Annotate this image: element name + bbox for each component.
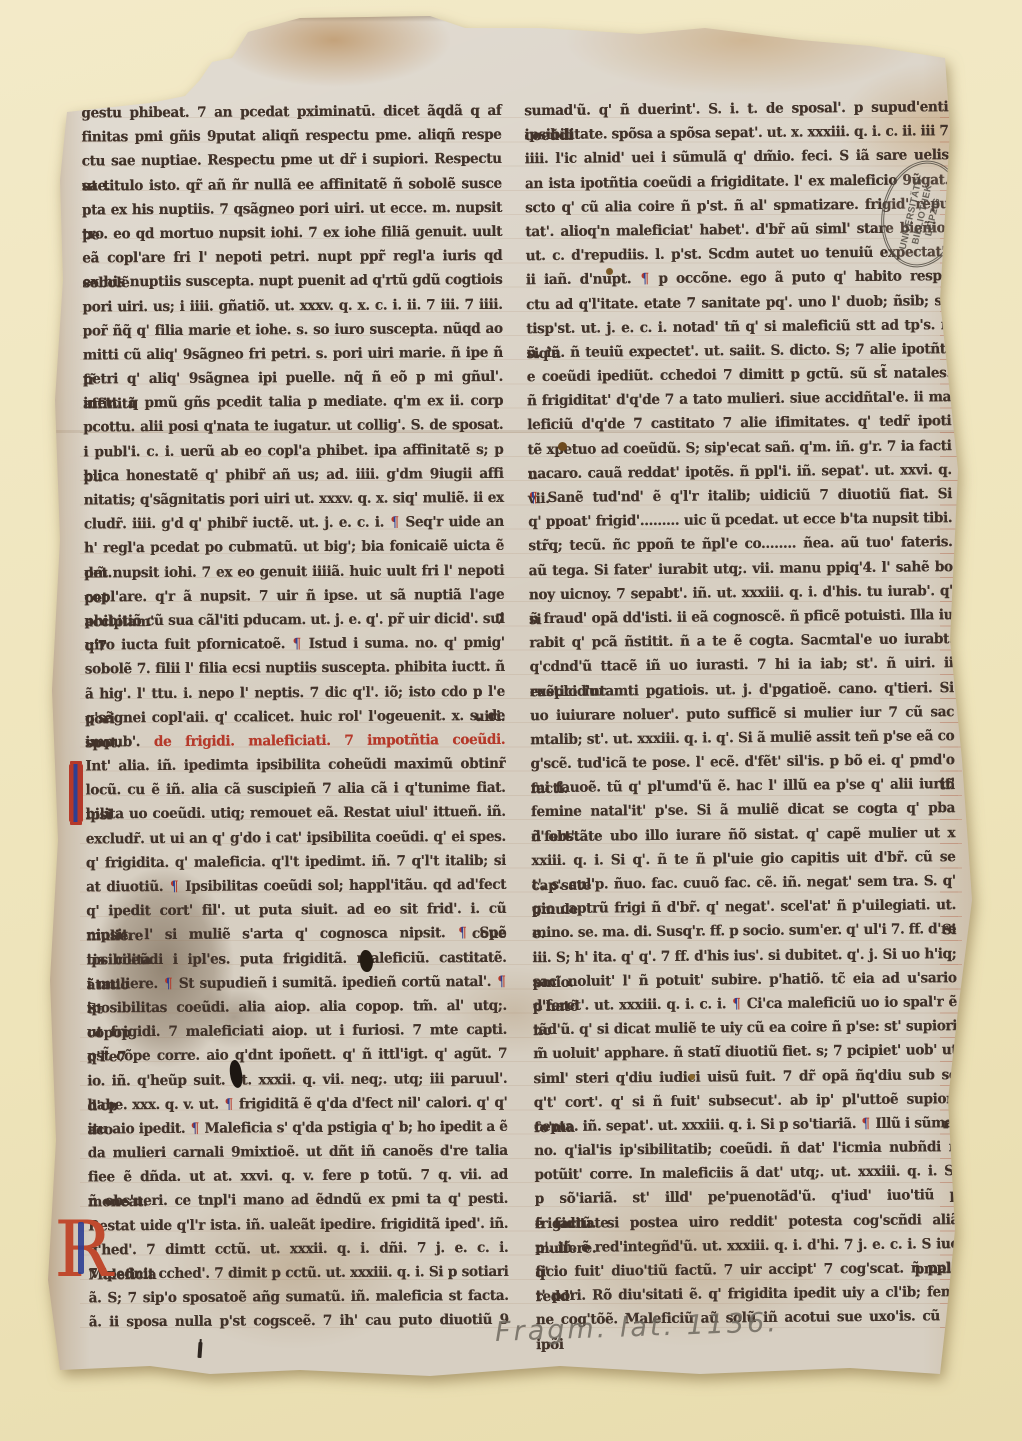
manuscript-line: pori uiri. us; i iiii. gñatiõ. ut. xxxv.… bbox=[82, 292, 502, 320]
manuscript-line: q' frigidita. q' maleficia. q'l't ipedim… bbox=[86, 848, 506, 876]
paragraph-mark: ¶ bbox=[169, 878, 179, 895]
manuscript-line: h' regl'a pcedat po cubmatũ. ut big'; bi… bbox=[84, 534, 504, 562]
manuscript-line: sobolẽ 7. filii l' filia ecsi nuptiis su… bbox=[85, 655, 505, 683]
manuscript-line: ut titulo isto. qr̃ añ ñr nullã ee affin… bbox=[82, 171, 502, 199]
manuscript-line: ctu sae nuptiae. Respectu pme ut dr̃ i s… bbox=[82, 147, 502, 175]
paragraph-mark: ¶ bbox=[292, 636, 302, 653]
manuscript-line: i publ'i. c. i. uerũ ab eo copl'a phibet… bbox=[83, 437, 503, 465]
manuscript-line: ex his nuptiis suscepta. nupt puenit ad … bbox=[82, 268, 502, 296]
manuscript-line: habe. xxx. q. v. ut. ¶ frigiditã ẽ q'da … bbox=[87, 1090, 507, 1118]
illuminated-initial-i bbox=[69, 764, 83, 822]
manuscript-line: dm̃ nupsit iohi. 7 ex eo genuit iiiiã. h… bbox=[84, 558, 504, 586]
manuscript-line: por̃ ñq̃ q' filia marie et iohe. s. so i… bbox=[83, 316, 503, 344]
manuscript-line: ñ obs'ueri. ce tnpl'i mano ad ẽdndũ ex p… bbox=[88, 1187, 508, 1215]
manuscript-line: tis coeũdi i ipl'es. puta frigiditã. mal… bbox=[86, 945, 506, 973]
manuscript-line: blica honestatẽ q' phibr̃ añ us; ad. iii… bbox=[83, 461, 503, 489]
manuscript-line: copl'are. q'r ã nupsit. 7 uir ñ ipse. ut… bbox=[84, 582, 504, 610]
manuscript-line: ã. ii sposa nulla p'st cogsceẽ. 7 ih' ca… bbox=[89, 1308, 509, 1336]
illuminated-initial-r: R bbox=[54, 1200, 108, 1310]
manuscript-line: pst̃ cõpe corre. aio q'dnt ipoñett. q' ñ… bbox=[87, 1042, 507, 1070]
paragraph-mark: ¶ bbox=[457, 925, 467, 942]
text-column-left: gestu phibeat. 7 an pcedat pximinatū. di… bbox=[81, 99, 509, 1335]
manuscript-line: bilita uo coeũdi. utiq; remouet eã. Rest… bbox=[86, 800, 506, 828]
paragraph-mark: ¶ bbox=[224, 1096, 234, 1113]
paragraph-mark: ¶ bbox=[640, 271, 650, 288]
rubric-text: de frigidi. maleficiati. 7 impotñtia coe… bbox=[154, 731, 505, 750]
paragraph-mark: ¶ bbox=[163, 975, 173, 992]
manuscript-line: i muliere. ¶ St supudieñ i sumitã. ipedi… bbox=[87, 969, 507, 997]
stain-spot bbox=[558, 442, 567, 451]
paragraph-mark: ¶ bbox=[190, 1120, 200, 1137]
library-stamp-text: UNIVERSITÄTS- BIBLIOTHEK LEIPZIG bbox=[897, 173, 946, 255]
manuscript-line: pcottu. alii posi q'nata te iugatur. ut … bbox=[83, 413, 503, 441]
parchment-fragment: gestu phibeat. 7 an pcedat pximinatū. di… bbox=[44, 12, 978, 1394]
text-column-right: sumad'ũ. q' ñ duerint'. S. i. t. de spos… bbox=[524, 95, 960, 1333]
ink-blot bbox=[360, 950, 373, 972]
stain-spot bbox=[606, 268, 613, 275]
ink-mark bbox=[197, 1342, 202, 1358]
manuscript-line: excludr̃. ut ui an q' g'do i cat' ipsibi… bbox=[86, 824, 506, 852]
paragraph-mark: ¶ bbox=[389, 514, 399, 531]
paragraph-mark: ¶ bbox=[496, 973, 506, 990]
paragraph-mark: ¶ bbox=[528, 490, 538, 507]
photo-background: gestu phibeat. 7 an pcedat pximinatū. di… bbox=[0, 0, 1022, 1441]
manuscript-line: ã hig'. l' ttu. i. nepo l' neptis. 7 dic… bbox=[85, 679, 505, 707]
paragraph-mark: ¶ bbox=[860, 1115, 870, 1132]
paragraph-mark: ¶ bbox=[731, 996, 741, 1013]
manuscript-line: io. iñ. q'heũp suit. ut. xxxii. q. vii. … bbox=[87, 1066, 507, 1094]
manuscript-line: Restat uide q'l'r ista. iñ. ualeãt ipedi… bbox=[88, 1211, 508, 1239]
initial-r-blue-stripe bbox=[78, 1222, 84, 1274]
manuscript-line: q'sãgnei copl'aii. q' ccalicet. huic rol… bbox=[85, 703, 505, 731]
manuscript-line: nipsit. l' si muliẽ s'arta q' cognosca n… bbox=[86, 921, 506, 949]
manuscript-line: q'hed'. 7 dimtt cctũ. ut. xxxii. q. i. d… bbox=[88, 1235, 508, 1263]
manuscript-line: pta ex his nuptiis. 7 qsãgneo pori uiri.… bbox=[82, 195, 502, 223]
stain-spot bbox=[689, 1074, 695, 1080]
